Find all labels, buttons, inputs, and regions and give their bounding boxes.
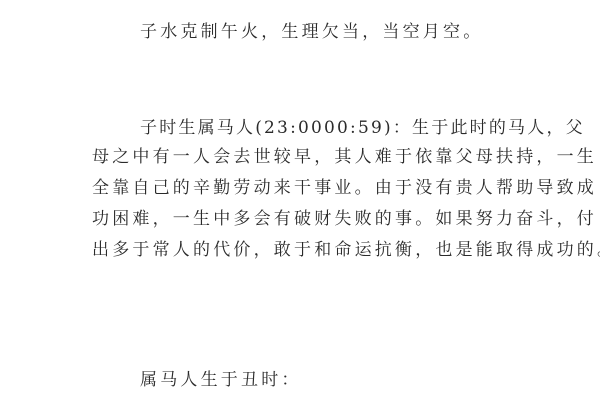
paragraph-line: 母之中有一人会去世较早，其人难于依靠父母扶持，一生 [92,147,597,167]
paragraph-line: 子时生属马人(23:0000:59)：生于此时的马人，父 [140,118,585,138]
paragraph-line: 全靠自己的辛勤劳动来干事业。由于没有贵人帮助导致成 [92,178,597,198]
paragraph-line: 出多于常人的代价，敢于和命运抗衡，也是能取得成功的。 [92,240,600,260]
section-heading-chou-hour: 属马人生于丑时： [140,370,302,390]
document-page: 子水克制午火，生理欠当，当空月空。 子时生属马人(23:0000:59)：生于此… [0,0,600,400]
paragraph-line: 功困难，一生中多会有破财失败的事。如果努力奋斗，付 [92,209,597,229]
text-line-zi-water: 子水克制午火，生理欠当，当空月空。 [140,22,483,42]
